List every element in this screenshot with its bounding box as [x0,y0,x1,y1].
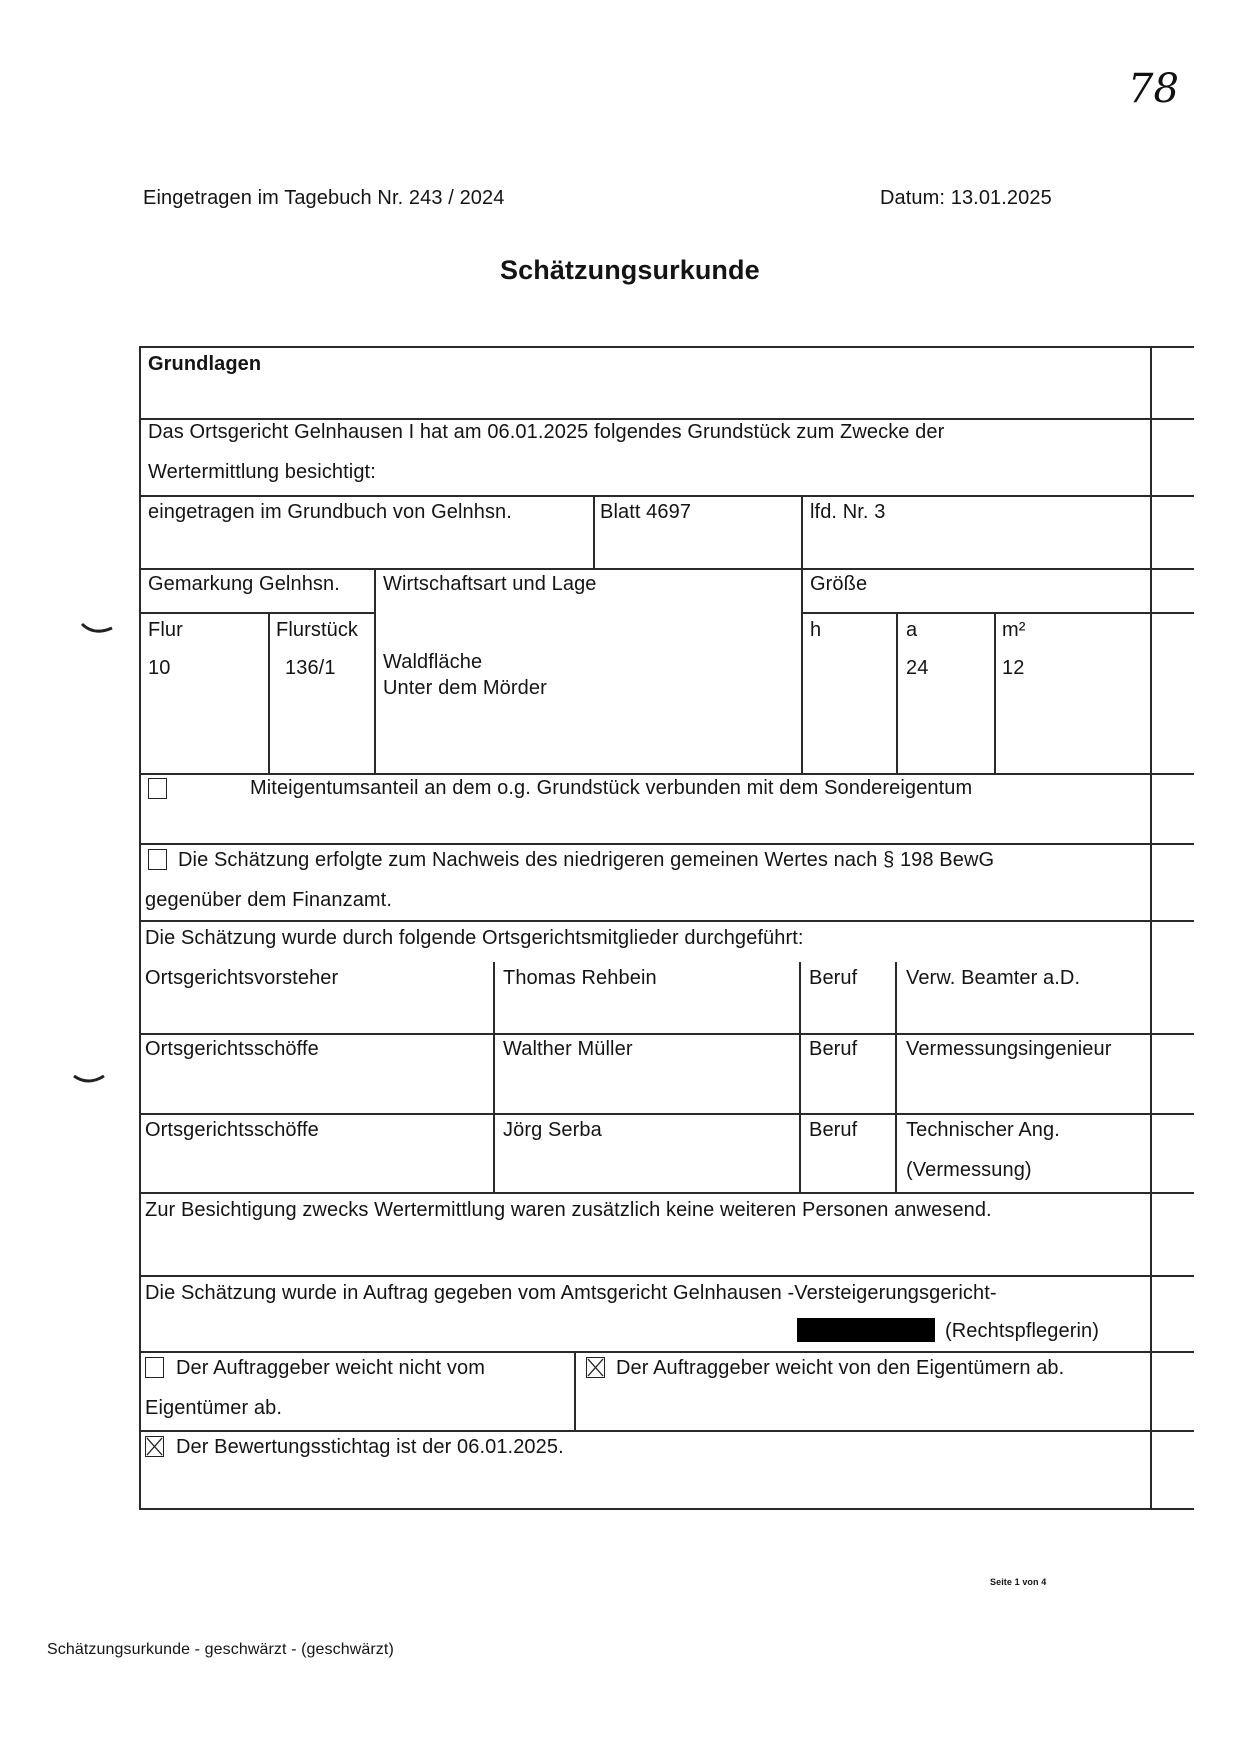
member-name: Walther Müller [503,1037,633,1061]
table-divider [574,1351,576,1431]
sqm-label: m² [1002,618,1026,642]
flur-value: 10 [148,656,170,680]
document-name-footer: Schätzungsurkunde - geschwärzt - (geschw… [47,1638,394,1662]
groesse-label: Größe [810,572,867,596]
document-date: Datum: 13.01.2025 [880,186,1052,210]
table-divider [895,962,897,1194]
member-role: Ortsgerichtsschöffe [145,1037,319,1061]
table-rule [139,568,1194,570]
check-x-icon [146,1437,163,1456]
wirtschaftsart-value: Waldfläche [383,650,482,674]
member-name: Thomas Rehbein [503,966,657,990]
bewg-label: gegenüber dem Finanzamt. [145,888,392,912]
page-indicator: Seite 1 von 4 [990,1570,1046,1594]
member-beruf: Vermessungsingenieur [906,1037,1111,1061]
table-rule [139,1192,1194,1194]
punch-mark-icon [80,622,114,638]
client-not-deviating-label: Der Auftraggeber weicht nicht vom [176,1356,485,1380]
attendance-note: Zur Besichtigung zwecks Wertermittlung w… [145,1198,992,1222]
gemarkung-label: Gemarkung Gelnhsn. [148,572,340,596]
member-beruf: Verw. Beamter a.D. [906,966,1080,990]
flurstueck-value: 136/1 [285,656,336,680]
client-deviating-label: Der Auftraggeber weicht von den Eigentüm… [616,1356,1064,1380]
table-divider [801,495,803,570]
table-divider [374,568,376,774]
table-rule [139,495,1194,497]
table-rule [801,612,1194,614]
table-divider [493,962,495,1194]
flurstueck-label: Flurstück [276,618,358,642]
blatt-value: Blatt 4697 [600,500,691,524]
miteigentum-label: Miteigentumsanteil an dem o.g. Grundstüc… [250,776,972,800]
grundbuch-label: eingetragen im Grundbuch von Gelnhsn. [148,500,512,524]
table-border-left [139,508,141,574]
member-beruf: (Vermessung) [906,1158,1032,1182]
member-beruf: Technischer Ang. [906,1118,1060,1142]
wirtschaftsart-label: Wirtschaftsart und Lage [383,572,597,596]
miteigentum-checkbox[interactable] [148,778,167,799]
hectare-label: h [810,618,821,642]
client-not-deviating-label: Eigentümer ab. [145,1396,282,1420]
table-rule [139,1351,1194,1353]
table-border-left [139,572,141,1510]
client-deviating-checkbox[interactable] [586,1357,605,1378]
member-role: Ortsgerichtsschöffe [145,1118,319,1142]
handwritten-page-number: 78 [1128,66,1179,112]
member-beruf-label: Beruf [809,1037,857,1061]
intro-text: Das Ortsgericht Gelnhausen I hat am 06.0… [148,420,944,444]
table-rule [139,346,1194,348]
intro-text: Wertermittlung besichtigt: [148,460,376,484]
table-divider [801,568,803,774]
table-rule [139,843,1194,845]
document-title: Schätzungsurkunde [500,258,760,282]
section-heading: Grundlagen [148,352,261,376]
flur-label: Flur [148,618,183,642]
check-x-icon [587,1358,604,1377]
table-rule [139,1508,1194,1510]
table-divider [799,962,801,1194]
table-divider [268,612,270,774]
valuation-date-checkbox[interactable] [145,1436,164,1457]
sqm-value: 12 [1002,656,1024,680]
member-beruf-label: Beruf [809,966,857,990]
table-divider [994,612,996,774]
table-rule [139,773,1194,775]
bewg-checkbox[interactable] [148,849,167,870]
punch-mark-icon [72,1072,106,1088]
member-beruf-label: Beruf [809,1118,857,1142]
are-label: a [906,618,917,642]
table-border-left [139,346,141,510]
registry-entry: Eingetragen im Tagebuch Nr. 243 / 2024 [143,186,504,210]
redaction-bar [797,1318,935,1342]
commission-text: Die Schätzung wurde in Auftrag gegeben v… [145,1281,997,1305]
commission-role: (Rechtspflegerin) [945,1319,1099,1343]
table-rule [139,920,1194,922]
members-intro: Die Schätzung wurde durch folgende Ortsg… [145,926,804,950]
valuation-date-label: Der Bewertungsstichtag ist der 06.01.202… [176,1435,564,1459]
member-role: Ortsgerichtsvorsteher [145,966,338,990]
lage-value: Unter dem Mörder [383,676,547,700]
bewg-label: Die Schätzung erfolgte zum Nachweis des … [178,848,994,872]
table-rule [139,1033,1194,1035]
table-rule [139,1430,1194,1432]
table-rule [139,1275,1194,1277]
table-rule [139,612,375,614]
lfd-nr-value: lfd. Nr. 3 [810,500,885,524]
are-value: 24 [906,656,928,680]
member-name: Jörg Serba [503,1118,602,1142]
table-rule [139,1113,1194,1115]
client-not-deviating-checkbox[interactable] [145,1357,164,1378]
table-border-right [1150,346,1152,1510]
table-divider [896,612,898,774]
table-divider [593,495,595,570]
